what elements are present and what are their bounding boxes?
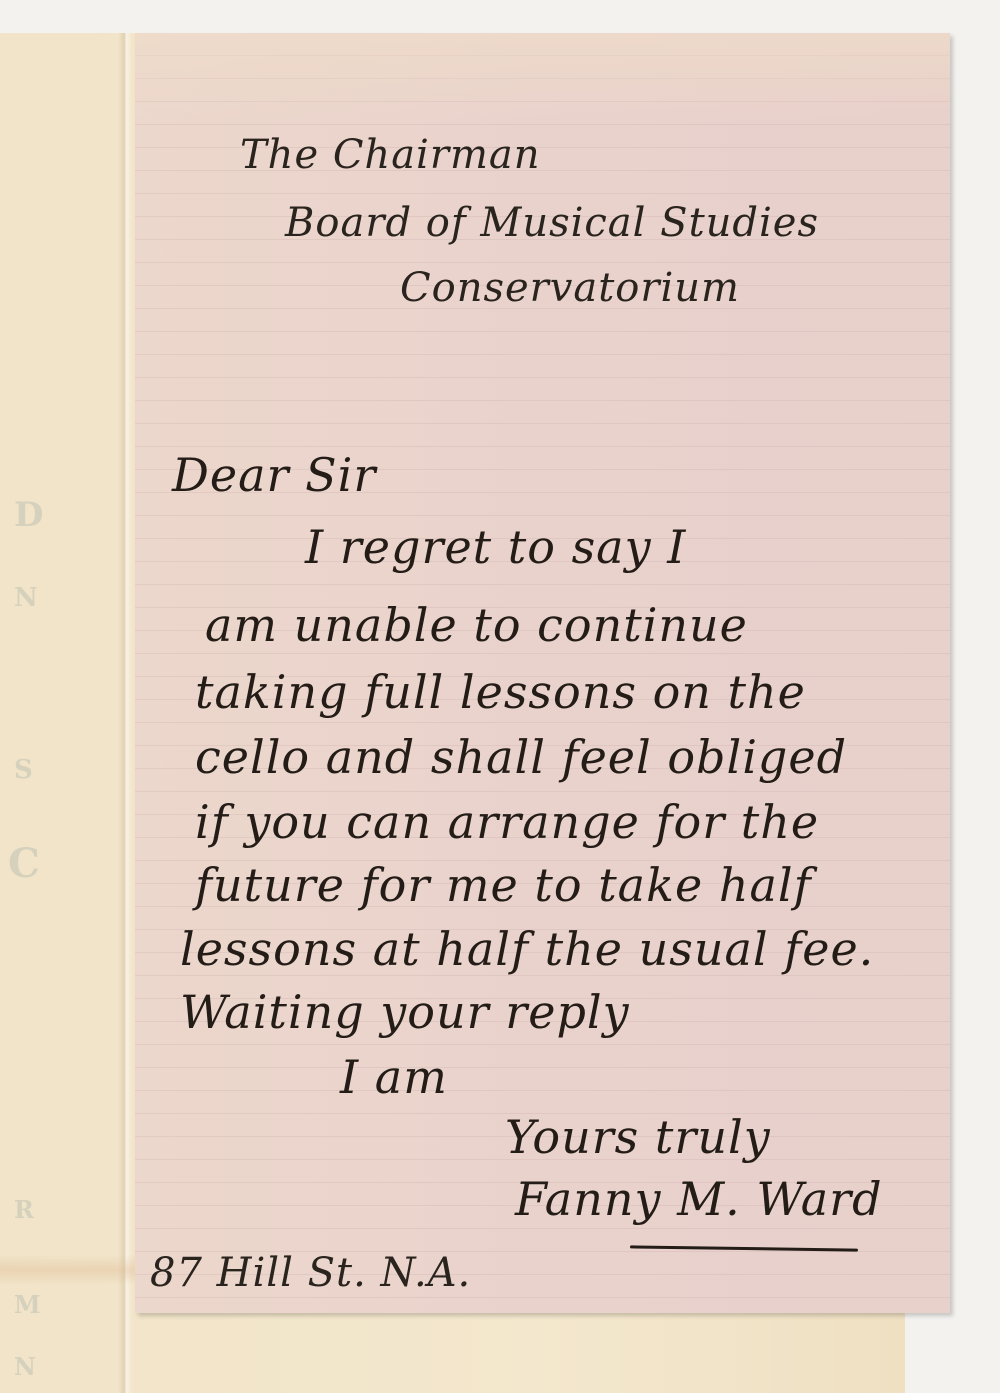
body-line: Waiting your reply (180, 985, 630, 1039)
show-through-mark: S (14, 755, 33, 785)
show-through-mark: C (8, 840, 40, 887)
body-line: lessons at half the usual fee. (180, 922, 874, 976)
show-through-mark: D (14, 495, 43, 535)
body-line: I regret to say I (305, 520, 686, 574)
show-through-mark: N (14, 583, 38, 613)
addressee-line-2: Board of Musical Studies (285, 200, 819, 246)
addressee-line-1: The Chairman (240, 132, 541, 178)
paper-fold-vertical (118, 33, 132, 1393)
body-line: am unable to continue (205, 598, 748, 652)
paper-tone-band (135, 33, 950, 123)
body-line: future for me to take half (195, 858, 812, 912)
salutation: Dear Sir (172, 448, 376, 502)
closing-line-1: I am (340, 1050, 448, 1104)
show-through-mark: M (14, 1290, 41, 1319)
body-line: if you can arrange for the (195, 795, 819, 849)
body-line: taking full lessons on the (195, 665, 806, 719)
paper-fold-horizontal (0, 1255, 135, 1285)
show-through-mark: R (14, 1195, 34, 1224)
show-through-mark: N (14, 1352, 36, 1381)
closing-line-2: Yours truly (505, 1110, 771, 1164)
signature: Fanny M. Ward (515, 1172, 883, 1226)
addressee-line-3: Conservatorium (400, 265, 740, 311)
sender-address: 87 Hill St. N.A. (150, 1250, 471, 1296)
body-line: cello and shall feel obliged (195, 730, 847, 784)
